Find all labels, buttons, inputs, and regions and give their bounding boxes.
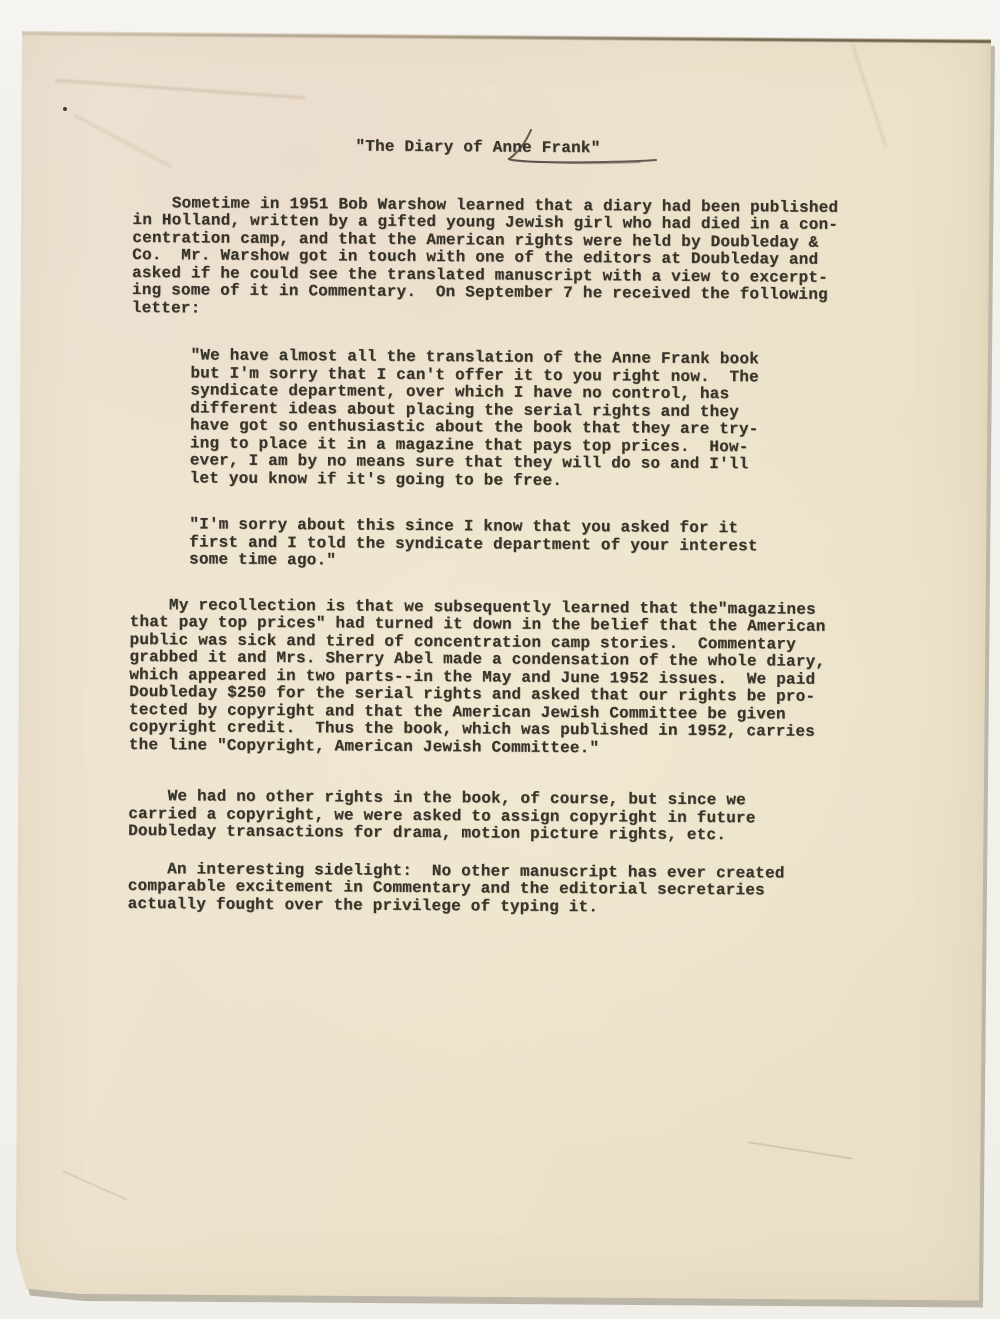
paragraph-recollection: My recollection is that we subsequently … xyxy=(129,596,870,759)
scratch-mark xyxy=(63,1171,127,1200)
paper-top-edge-shadow xyxy=(10,32,995,43)
paragraph-intro: Sometime in 1951 Bob Warshow learned tha… xyxy=(132,194,873,322)
scanned-paper-sheet: "The Diary of Anne Frank" Sometime in 19… xyxy=(0,0,1000,1319)
typewritten-text-block: "The Diary of Anne Frank" Sometime in 19… xyxy=(128,137,873,918)
crease-mark xyxy=(851,42,887,147)
paragraph-letter-quote-1: "We have almost all the translation of t… xyxy=(190,347,872,492)
paper-speck xyxy=(63,107,67,111)
document-title: "The Diary of Anne Frank" xyxy=(133,137,823,159)
crease-mark xyxy=(55,79,305,98)
paragraph-letter-quote-2: "I'm sorry about this since I know that … xyxy=(189,516,870,573)
paragraph-rights: We had no other rights in the book, of c… xyxy=(128,788,868,846)
scratch-mark xyxy=(749,1142,853,1159)
paragraph-sidelight: An interesting sidelight: No other manus… xyxy=(128,860,868,918)
